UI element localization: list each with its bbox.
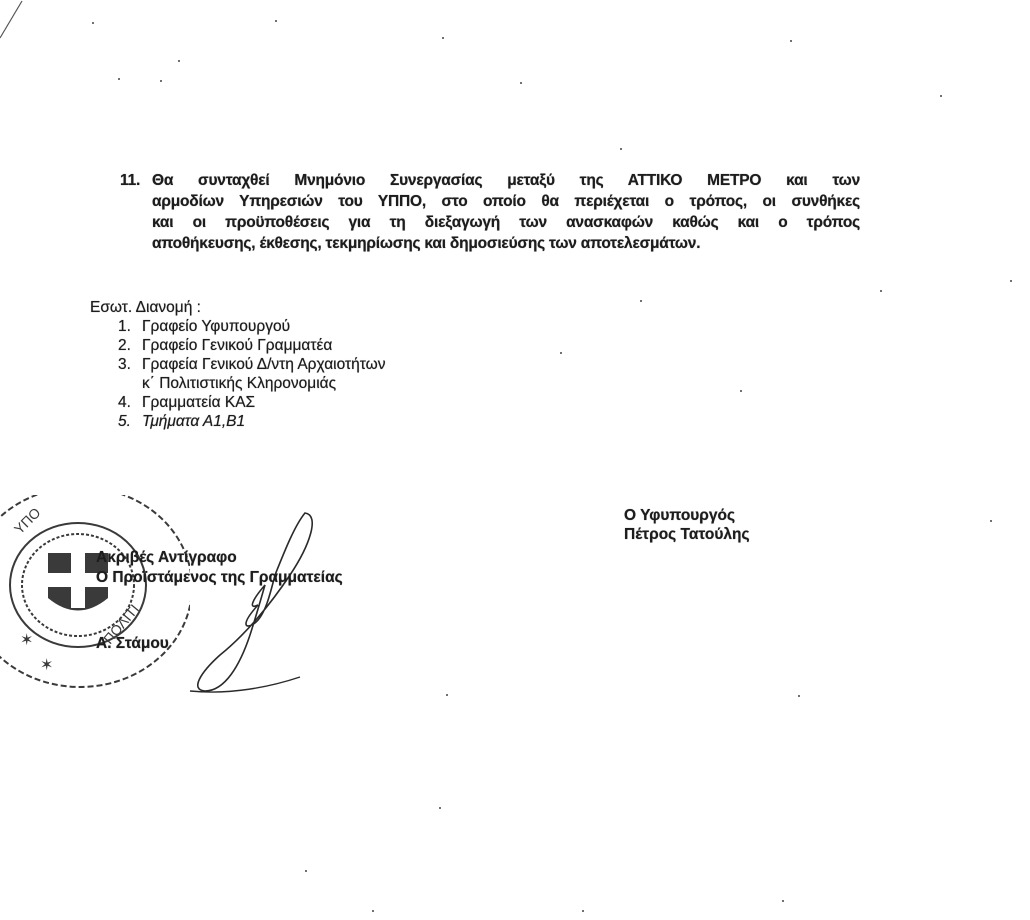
distribution-item-number: 5.: [118, 412, 142, 431]
distribution-item-text: Γραφείο Υφυπουργού: [142, 317, 290, 336]
distribution-item-text: Γραφεία Γενικού Δ/ντη Αρχαιοτήτων: [142, 355, 386, 374]
distribution-item-number: [118, 374, 142, 393]
distribution-item: 5.Τμήματα Α1,Β1: [118, 412, 386, 431]
signer-name: Πέτρος Τατούλης: [624, 525, 750, 544]
distribution-item-number: 1.: [118, 317, 142, 336]
item-11-line-2: αρμοδίων Υπηρεσιών του ΥΠΠΟ, στο οποίο θ…: [152, 191, 860, 212]
svg-text:✶: ✶: [20, 632, 33, 649]
signer-title: Ο Υφυπουργός: [624, 506, 750, 525]
distribution-item-number: 3.: [118, 355, 142, 374]
distribution-item: 1.Γραφείο Υφυπουργού: [118, 317, 386, 336]
svg-text:✶: ✶: [40, 657, 53, 674]
distribution-item-continuation: κ΄ Πολιτιστικής Κληρονομιάς: [118, 374, 386, 393]
distribution-item: 2.Γραφείο Γενικού Γραμματέα: [118, 336, 386, 355]
scan-edge-mark-icon: [0, 0, 30, 40]
distribution-list: 1.Γραφείο Υφυπουργού 2.Γραφείο Γενικού Γ…: [90, 317, 386, 431]
item-11-line-1: Θα συνταχθεί Μνημόνιο Συνεργασίας μεταξύ…: [152, 170, 860, 191]
distribution-item-number: 2.: [118, 336, 142, 355]
item-11-number: 11.: [120, 170, 140, 191]
distribution-item-number: 4.: [118, 393, 142, 412]
distribution-item-text: Γραφείο Γενικού Γραμματέα: [142, 336, 332, 355]
signer-block: Ο Υφυπουργός Πέτρος Τατούλης: [624, 506, 750, 544]
item-11-line-3: και οι προϋποθέσεις για τη διεξαγωγή των…: [152, 212, 860, 233]
distribution-item-text: κ΄ Πολιτιστικής Κληρονομιάς: [142, 374, 336, 393]
distribution-item: 3.Γραφεία Γενικού Δ/ντη Αρχαιοτήτων: [118, 355, 386, 374]
distribution-title: Εσωτ. Διανομή :: [90, 298, 386, 317]
distribution-item: 4.Γραμματεία ΚΑΣ: [118, 393, 386, 412]
item-11-paragraph: 11. Θα συνταχθεί Μνημόνιο Συνεργασίας με…: [120, 170, 860, 254]
internal-distribution: Εσωτ. Διανομή : 1.Γραφείο Υφυπουργού 2.Γ…: [90, 298, 386, 431]
distribution-item-text: Τμήματα Α1,Β1: [142, 412, 245, 431]
certified-copy-block: Ακριβές Αντίγραφο Ο Προϊστάμενος της Γρα…: [96, 548, 343, 654]
certified-copy-role: Ο Προϊστάμενος της Γραμματείας: [96, 568, 343, 588]
item-11-line-4: αποθήκευσης, έκθεσης, τεκμηρίωσης και δη…: [152, 233, 860, 254]
distribution-item-text: Γραμματεία ΚΑΣ: [142, 393, 255, 412]
certified-copy-name: Α. Στάμου: [96, 634, 343, 654]
svg-text:ΥΠΟ: ΥΠΟ: [11, 504, 44, 537]
certified-copy-label: Ακριβές Αντίγραφο: [96, 548, 343, 568]
